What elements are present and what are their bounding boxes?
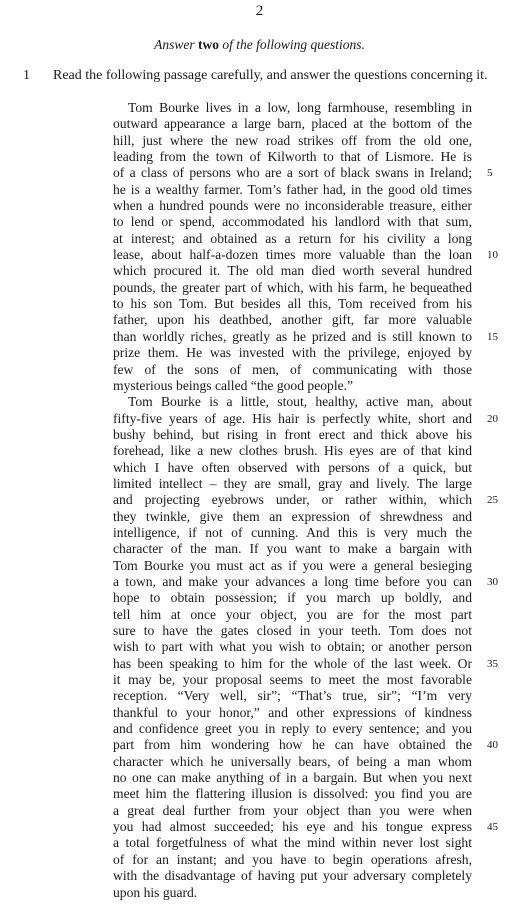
passage-line-text: has been speaking to him for the whole o… bbox=[113, 656, 472, 672]
reading-passage: Tom Bourke lives in a low, long farmhous… bbox=[113, 100, 472, 901]
passage-line-text: they twinkle, give them an expression of… bbox=[113, 509, 472, 525]
passage-line-text: leading from the town of Kilworth to tha… bbox=[113, 149, 472, 165]
passage-line: intelligence, if not of cunning. And thi… bbox=[113, 525, 472, 541]
passage-line: with the disadvantage of having put your… bbox=[113, 868, 472, 884]
passage-line: outward appearance a large barn, placed … bbox=[113, 116, 472, 132]
passage-line-text: limited intellect – they are small, gray… bbox=[113, 476, 472, 492]
passage-line-text: few of the sons of men, of communicating… bbox=[113, 362, 472, 378]
passage-line-text: when a hundred pounds were no inconsider… bbox=[113, 198, 472, 214]
question-text: Read the following passage carefully, an… bbox=[53, 68, 488, 84]
passage-line-text: a great deal further from your object th… bbox=[113, 803, 472, 819]
passage-line: a great deal further from your object th… bbox=[113, 803, 472, 819]
passage-line: has been speaking to him for the whole o… bbox=[113, 656, 472, 672]
passage-line-text: upon his guard. bbox=[113, 885, 197, 900]
passage-line-text: pounds, the greater part of which, with … bbox=[113, 280, 472, 296]
passage-line: Tom Bourke lives in a low, long farmhous… bbox=[113, 100, 472, 116]
passage-line: thankful to your honor,” and other expre… bbox=[113, 705, 472, 721]
passage-line-text: hope to obtain possession; if you march … bbox=[113, 590, 472, 606]
passage-line-text: he is a wealthy farmer. Tom’s father had… bbox=[113, 182, 472, 198]
passage-line: Tom Bourke you must act as if you were a… bbox=[113, 558, 472, 574]
passage-line-text: it may be, your proposal seems to meet t… bbox=[113, 672, 472, 688]
instruction-bold: two bbox=[198, 37, 219, 52]
passage-line-text: with the disadvantage of having put your… bbox=[113, 868, 472, 884]
passage-line: to his son Tom. But besides all this, To… bbox=[113, 296, 472, 312]
passage-line: part from him wondering how he can have … bbox=[113, 737, 472, 753]
passage-line-text: to lend or spend, accommodated his landl… bbox=[113, 214, 472, 230]
line-number: 35 bbox=[487, 656, 507, 672]
passage-line-text: reception. “Very well, sir”; “That’s tru… bbox=[113, 688, 472, 704]
passage-line-text: a town, and make your advances a long ti… bbox=[113, 574, 472, 590]
passage-line: Tom Bourke is a little, stout, healthy, … bbox=[113, 394, 472, 410]
line-number: 20 bbox=[487, 411, 507, 427]
line-number: 30 bbox=[487, 574, 507, 590]
passage-line: character which he universally bears, of… bbox=[113, 754, 472, 770]
passage-line: and projecting eyebrows under, or rather… bbox=[113, 492, 472, 508]
passage-line-text: wish to part with what you wish to obtai… bbox=[113, 639, 472, 655]
passage-line: of for an instant; and you have to begin… bbox=[113, 852, 472, 868]
passage-line: limited intellect – they are small, gray… bbox=[113, 476, 472, 492]
line-number: 5 bbox=[487, 165, 507, 181]
passage-line: reception. “Very well, sir”; “That’s tru… bbox=[113, 688, 472, 704]
passage-line-text: of a class of persons who are a sort of … bbox=[113, 165, 472, 181]
passage-line-text: thankful to your honor,” and other expre… bbox=[113, 705, 472, 721]
passage-line: wish to part with what you wish to obtai… bbox=[113, 639, 472, 655]
passage-line: father, upon his deathbed, another gift,… bbox=[113, 312, 472, 328]
passage-line-text: mysterious beings called “the good peopl… bbox=[113, 378, 353, 393]
instruction-prefix: Answer bbox=[154, 37, 198, 52]
question-number: 1 bbox=[23, 68, 30, 84]
passage-line-text: hill, just where the new road strikes of… bbox=[113, 133, 472, 149]
passage-line-text: forehead, like a new clothes brush. His … bbox=[113, 443, 472, 459]
passage-line-text: father, upon his deathbed, another gift,… bbox=[113, 312, 472, 328]
passage-line-text: Tom Bourke is a little, stout, healthy, … bbox=[128, 394, 472, 410]
line-number: 40 bbox=[487, 737, 507, 753]
page-number: 2 bbox=[0, 3, 519, 20]
passage-line-text: outward appearance a large barn, placed … bbox=[113, 116, 472, 132]
instruction-suffix: of the following questions. bbox=[219, 37, 365, 52]
passage-line-text: which I have often observed with persons… bbox=[113, 460, 472, 476]
line-number: 45 bbox=[487, 819, 507, 835]
passage-line: meet him the flattering illusion is diss… bbox=[113, 786, 472, 802]
line-number: 15 bbox=[487, 329, 507, 345]
passage-line: at interest; and obtained as a return fo… bbox=[113, 231, 472, 247]
passage-line: upon his guard. bbox=[113, 885, 472, 901]
passage-line-text: part from him wondering how he can have … bbox=[113, 737, 472, 753]
passage-line-text: bushy behind, but rising in front erect … bbox=[113, 427, 472, 443]
passage-line-text: of for an instant; and you have to begin… bbox=[113, 852, 472, 868]
passage-line-text: meet him the flattering illusion is diss… bbox=[113, 786, 472, 802]
passage-line-text: sure to have the gates closed in your te… bbox=[113, 623, 472, 639]
passage-line-text: at interest; and obtained as a return fo… bbox=[113, 231, 472, 247]
passage-line-text: lease, about half-a-dozen times more val… bbox=[113, 247, 472, 263]
passage-line-text: character of the man. If you want to mak… bbox=[113, 541, 472, 557]
passage-line: forehead, like a new clothes brush. His … bbox=[113, 443, 472, 459]
passage-line-text: than worldly riches, greatly as he prize… bbox=[113, 329, 472, 345]
passage-line-text: you had almost succeeded; his eye and hi… bbox=[113, 819, 472, 835]
line-number: 25 bbox=[487, 492, 507, 508]
passage-line: prize them. He was invested with the pri… bbox=[113, 345, 472, 361]
passage-line-text: a total forgetfulness of what the mind w… bbox=[113, 835, 472, 851]
passage-line: few of the sons of men, of communicating… bbox=[113, 362, 472, 378]
passage-line: you had almost succeeded; his eye and hi… bbox=[113, 819, 472, 835]
line-number: 10 bbox=[487, 247, 507, 263]
passage-line-text: tell him at once your object, you are fo… bbox=[113, 607, 472, 623]
passage-line-text: Tom Bourke lives in a low, long farmhous… bbox=[128, 100, 472, 116]
passage-line: they twinkle, give them an expression of… bbox=[113, 509, 472, 525]
passage-line: a total forgetfulness of what the mind w… bbox=[113, 835, 472, 851]
passage-line: of a class of persons who are a sort of … bbox=[113, 165, 472, 181]
passage-line-text: fifty-five years of age. His hair is per… bbox=[113, 411, 472, 427]
passage-line: than worldly riches, greatly as he prize… bbox=[113, 329, 472, 345]
passage-line: pounds, the greater part of which, with … bbox=[113, 280, 472, 296]
passage-line-text: Tom Bourke you must act as if you were a… bbox=[113, 558, 472, 574]
passage-line-text: and projecting eyebrows under, or rather… bbox=[113, 492, 472, 508]
passage-line-text: to his son Tom. But besides all this, To… bbox=[113, 296, 472, 312]
passage-line: no one can make anything of in a bargain… bbox=[113, 770, 472, 786]
passage-line: which I have often observed with persons… bbox=[113, 460, 472, 476]
passage-line: tell him at once your object, you are fo… bbox=[113, 607, 472, 623]
passage-line: to lend or spend, accommodated his landl… bbox=[113, 214, 472, 230]
passage-line: character of the man. If you want to mak… bbox=[113, 541, 472, 557]
passage-line: and confidence greet you in reply to eve… bbox=[113, 721, 472, 737]
passage-line: a town, and make your advances a long ti… bbox=[113, 574, 472, 590]
passage-line: bushy behind, but rising in front erect … bbox=[113, 427, 472, 443]
passage-line: fifty-five years of age. His hair is per… bbox=[113, 411, 472, 427]
passage-line: it may be, your proposal seems to meet t… bbox=[113, 672, 472, 688]
passage-line-text: intelligence, if not of cunning. And thi… bbox=[113, 525, 472, 541]
passage-line-text: and confidence greet you in reply to eve… bbox=[113, 721, 472, 737]
passage-line: when a hundred pounds were no inconsider… bbox=[113, 198, 472, 214]
passage-line-text: character which he universally bears, of… bbox=[113, 754, 472, 770]
passage-line: sure to have the gates closed in your te… bbox=[113, 623, 472, 639]
passage-line: lease, about half-a-dozen times more val… bbox=[113, 247, 472, 263]
passage-line: leading from the town of Kilworth to tha… bbox=[113, 149, 472, 165]
passage-line: mysterious beings called “the good peopl… bbox=[113, 378, 472, 394]
passage-line: which procured it. The old man died wort… bbox=[113, 263, 472, 279]
passage-line: he is a wealthy farmer. Tom’s father had… bbox=[113, 182, 472, 198]
passage-line-text: which procured it. The old man died wort… bbox=[113, 263, 472, 279]
passage-line-text: prize them. He was invested with the pri… bbox=[113, 345, 472, 361]
passage-line-text: no one can make anything of in a bargain… bbox=[113, 770, 472, 786]
passage-line: hope to obtain possession; if you march … bbox=[113, 590, 472, 606]
passage-line: hill, just where the new road strikes of… bbox=[113, 133, 472, 149]
exam-instruction: Answer two of the following questions. bbox=[0, 37, 519, 53]
